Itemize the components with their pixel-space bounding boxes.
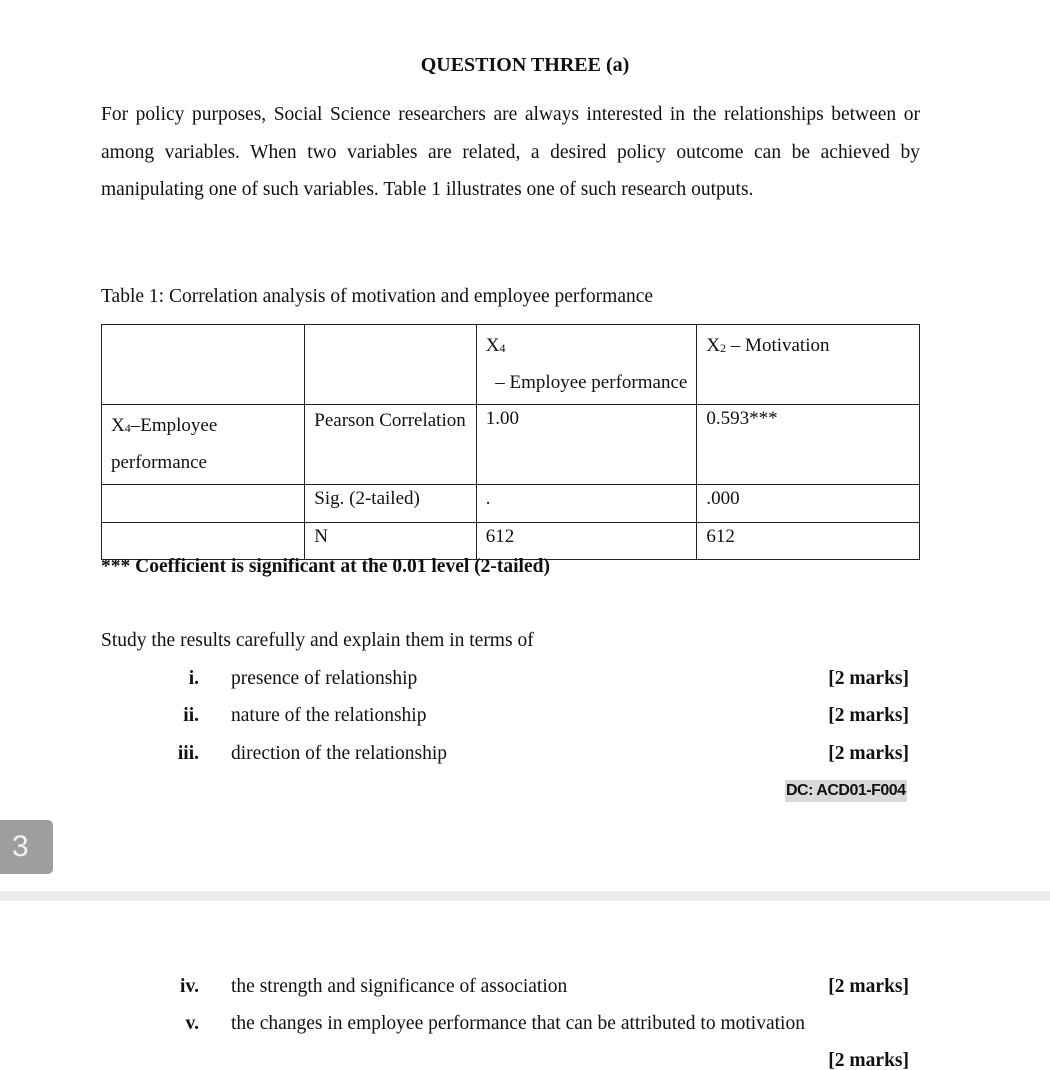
item-text: presence of relationship xyxy=(231,668,417,690)
table-row: X4–Employee performance Pearson Correlat… xyxy=(102,405,920,485)
header-empty-cell xyxy=(102,325,305,405)
row-variable-cell xyxy=(102,485,305,523)
row-x4-value: . xyxy=(476,485,697,523)
item-marks: [2 marks] xyxy=(828,1050,909,1070)
row-x4-value: 612 xyxy=(476,523,697,560)
item-number: v. xyxy=(185,1013,199,1035)
item-number: iv. xyxy=(180,976,199,998)
item-marks: [2 marks] xyxy=(828,976,909,998)
table-row: N 612 612 xyxy=(102,523,920,560)
header-employee-performance: X4 – Employee performance xyxy=(476,325,697,405)
table-footnote: *** Coefficient is significant at the 0.… xyxy=(101,556,550,578)
header-motivation: X2 – Motivation xyxy=(697,325,920,405)
item-number: iii. xyxy=(178,743,199,765)
row-variable-cell: X4–Employee performance xyxy=(102,405,305,485)
intro-paragraph: For policy purposes, Social Science rese… xyxy=(101,96,920,209)
row-x2-value: 0.593*** xyxy=(697,405,920,485)
list-item: iv. the strength and significance of ass… xyxy=(0,976,1050,1002)
item-number: i. xyxy=(189,668,199,690)
page-number-badge: 3 xyxy=(0,820,53,874)
list-item: v. the changes in employee performance t… xyxy=(0,1013,1050,1070)
table-row: Sig. (2-tailed) . .000 xyxy=(102,485,920,523)
table-header-row: X4 – Employee performance X2 – Motivatio… xyxy=(102,325,920,405)
list-item: i. presence of relationship [2 marks] xyxy=(0,668,1050,694)
row-stat-cell: Sig. (2-tailed) xyxy=(305,485,476,523)
row-x2-value: 612 xyxy=(697,523,920,560)
item-number: ii. xyxy=(183,705,199,727)
correlation-table: X4 – Employee performance X2 – Motivatio… xyxy=(101,324,920,560)
question-title: QUESTION THREE (a) xyxy=(0,54,1050,77)
row-variable-cell xyxy=(102,523,305,560)
item-text: the strength and significance of associa… xyxy=(231,976,567,998)
item-text: the changes in employee performance that… xyxy=(231,1013,805,1035)
row-stat-cell: Pearson Correlation xyxy=(305,405,476,485)
document-code: DC: ACD01-F004 xyxy=(785,780,907,802)
item-text: direction of the relationship xyxy=(231,743,447,765)
item-text: nature of the relationship xyxy=(231,705,426,727)
list-item: iii. direction of the relationship [2 ma… xyxy=(0,743,1050,769)
table-caption: Table 1: Correlation analysis of motivat… xyxy=(101,286,653,308)
row-x4-value: 1.00 xyxy=(476,405,697,485)
item-marks: [2 marks] xyxy=(828,705,909,727)
list-item: ii. nature of the relationship [2 marks] xyxy=(0,705,1050,731)
item-marks: [2 marks] xyxy=(828,743,909,765)
study-prompt: Study the results carefully and explain … xyxy=(101,630,534,652)
row-x2-value: .000 xyxy=(697,485,920,523)
row-stat-cell: N xyxy=(305,523,476,560)
item-marks: [2 marks] xyxy=(828,668,909,690)
page-separator xyxy=(0,891,1050,901)
header-empty-cell xyxy=(305,325,476,405)
